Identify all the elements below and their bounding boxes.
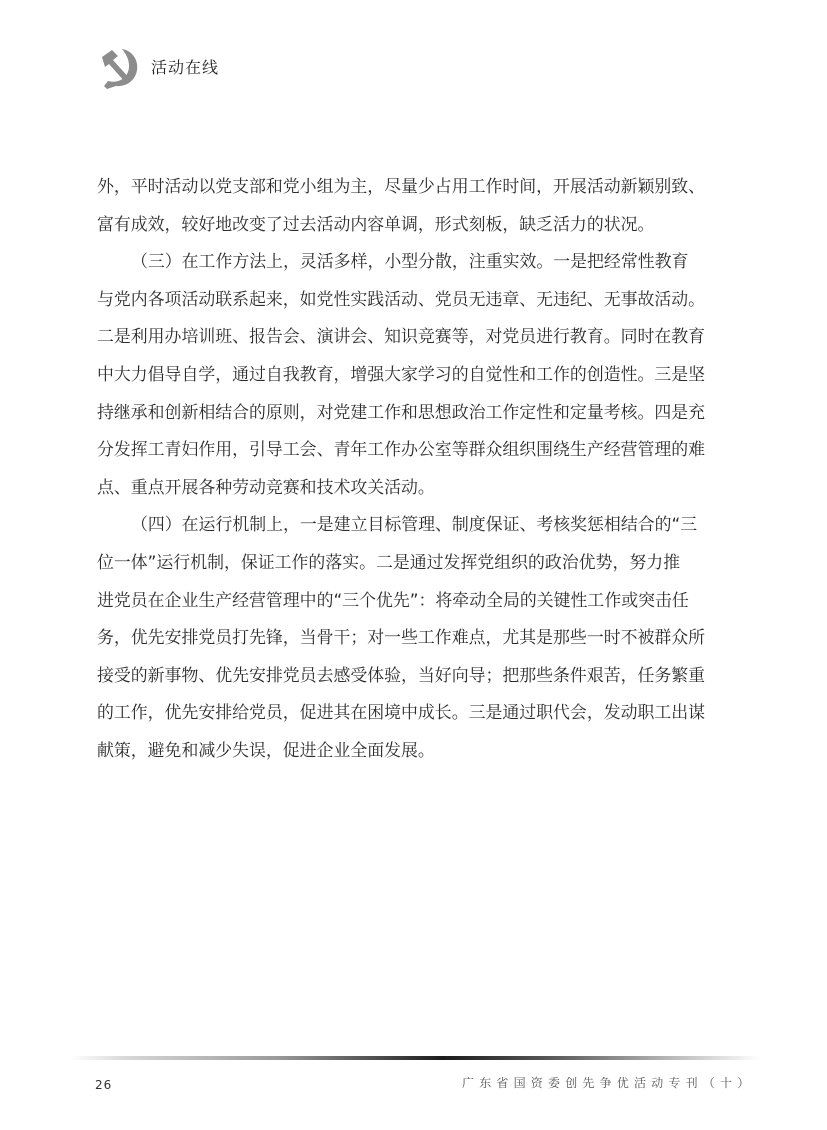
section-title: 活动在线 (151, 55, 219, 78)
text-line: 富有成效，较好地改变了过去活动内容单调，形式刻板，缺乏活力的状况。 (97, 206, 713, 244)
article-body: 外，平时活动以党支部和党小组为主，尽量少占用工作时间，开展活动新颖别致、 富有成… (97, 168, 713, 770)
publication-title: 广东省国资委创先争优活动专刊（十） (462, 1074, 754, 1091)
text-line: 分发挥工青妇作用，引导工会、青年工作办公室等群众组织围绕生产经营管理的难 (97, 431, 713, 469)
page-header: 活动在线 (95, 44, 219, 92)
text-line: （四）在运行机制上，一是建立目标管理、制度保证、考核奖惩相结合的“三 (97, 506, 713, 544)
text-line: 外，平时活动以党支部和党小组为主，尽量少占用工作时间，开展活动新颖别致、 (97, 168, 713, 206)
page-number: 26 (95, 1078, 112, 1092)
text-line: 献策，避免和减少失误，促进企业全面发展。 (97, 732, 713, 770)
paragraph: 外，平时活动以党支部和党小组为主，尽量少占用工作时间，开展活动新颖别致、 富有成… (97, 168, 713, 243)
text-line: （三）在工作方法上，灵活多样，小型分散，注重实效。一是把经常性教育 (97, 243, 713, 281)
text-line: 接受的新事物、优先安排党员去感受体验，当好向导；把那些条件艰苦，任务繁重 (97, 657, 713, 695)
text-line: 中大力倡导自学，通过自我教育，增强大家学习的自觉性和工作的创造性。三是坚 (97, 356, 713, 394)
hammer-sickle-icon (95, 45, 141, 91)
text-line: 二是利用办培训班、报告会、演讲会、知识竞赛等，对党员进行教育。同时在教育 (97, 318, 713, 356)
text-line: 务，优先安排党员打先锋，当骨干；对一些工作难点，尤其是那些一时不被群众所 (97, 619, 713, 657)
paragraph: （四）在运行机制上，一是建立目标管理、制度保证、考核奖惩相结合的“三 位一体”运… (97, 506, 713, 769)
text-line: 点、重点开展各种劳动竞赛和技术攻关活动。 (97, 469, 713, 507)
text-line: 的工作，优先安排给党员，促进其在困境中成长。三是通过职代会，发动职工出谋 (97, 694, 713, 732)
text-line: 位一体”运行机制，保证工作的落实。二是通过发挥党组织的政治优势，努力推 (97, 544, 713, 582)
paragraph: （三）在工作方法上，灵活多样，小型分散，注重实效。一是把经常性教育 与党内各项活… (97, 243, 713, 506)
text-line: 持继承和创新相结合的原则，对党建工作和思想政治工作定性和定量考核。四是充 (97, 394, 713, 432)
footer-divider (70, 1056, 760, 1060)
text-line: 与党内各项活动联系起来，如党性实践活动、党员无违章、无违纪、无事故活动。 (97, 281, 713, 319)
text-line: 进党员在企业生产经营管理中的“三个优先”：将牵动全局的关键性工作或突击任 (97, 582, 713, 620)
